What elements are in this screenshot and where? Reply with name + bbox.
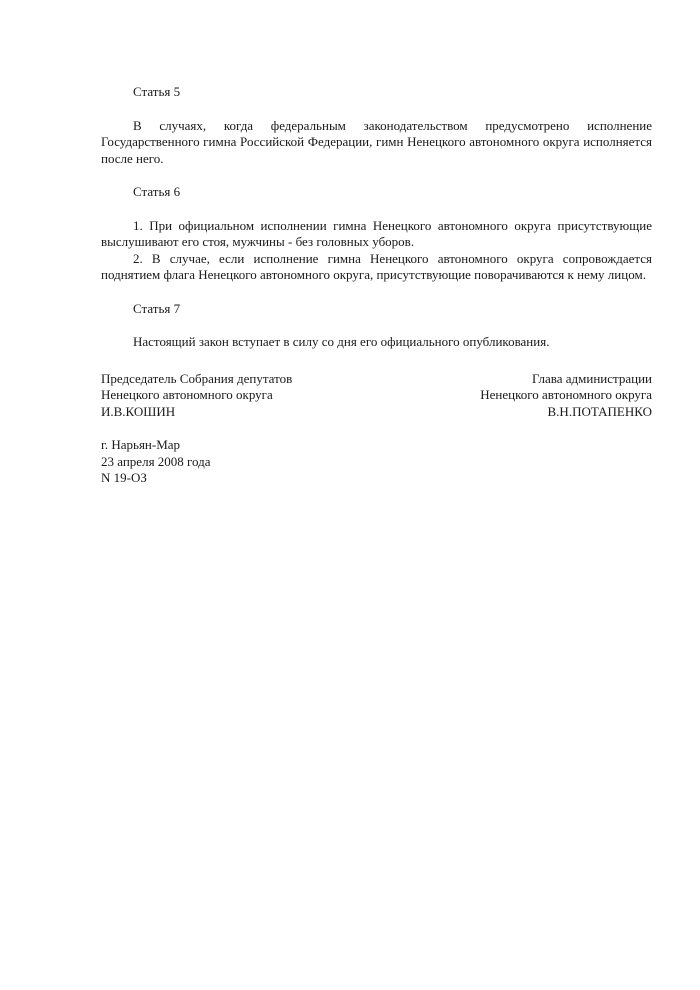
article-heading: Статья 6 — [101, 184, 652, 201]
article-5: Статья 5 В случаях, когда федеральным за… — [101, 84, 652, 167]
article-6: Статья 6 1. При официальном исполнении г… — [101, 184, 652, 284]
signature-head-of-administration: Глава администрации Ненецкого автономног… — [480, 371, 652, 421]
document-page: Статья 5 В случаях, когда федеральным за… — [101, 84, 652, 487]
signatory-title: Председатель Собрания депутатов — [101, 371, 292, 388]
signatory-organization: Ненецкого автономного округа — [101, 387, 292, 404]
signatory-name: В.Н.ПОТАПЕНКО — [480, 404, 652, 421]
article-paragraph: В случаях, когда федеральным законодател… — [101, 118, 652, 168]
signatory-organization: Ненецкого автономного округа — [480, 387, 652, 404]
article-paragraph: Настоящий закон вступает в силу со дня е… — [101, 334, 652, 351]
place-of-signing: г. Нарьян-Мар — [101, 437, 652, 454]
article-paragraph: 2. В случае, если исполнение гимна Ненец… — [101, 251, 652, 284]
document-footer: г. Нарьян-Мар 23 апреля 2008 года N 19-О… — [101, 437, 652, 487]
article-heading: Статья 7 — [101, 301, 652, 318]
signature-chairman: Председатель Собрания депутатов Ненецког… — [101, 371, 292, 421]
signatory-name: И.В.КОШИН — [101, 404, 292, 421]
article-paragraph: 1. При официальном исполнении гимна Нене… — [101, 218, 652, 251]
law-number: N 19-ОЗ — [101, 470, 652, 487]
signing-date: 23 апреля 2008 года — [101, 454, 652, 471]
signature-block: Председатель Собрания депутатов Ненецког… — [101, 371, 652, 421]
article-7: Статья 7 Настоящий закон вступает в силу… — [101, 301, 652, 351]
signatory-title: Глава администрации — [480, 371, 652, 388]
article-heading: Статья 5 — [101, 84, 652, 101]
